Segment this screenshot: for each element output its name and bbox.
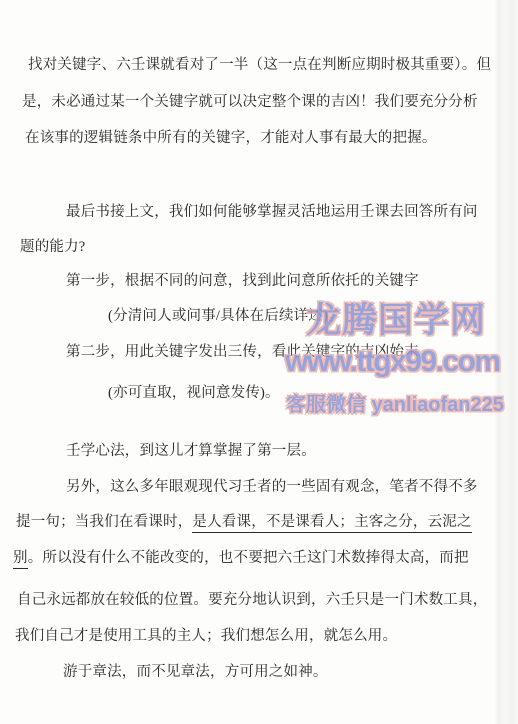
text-line: 游于章法，而不见章法，方可用之如神。 [63,662,328,682]
text-line: 我们自己才是使用工具的主人；我们想怎么用，就怎么用。 [15,626,397,646]
text-line: 在该事的逻辑链条中所有的关键字，才能对人事有最大的把握。 [25,128,437,148]
text-segment: 提一句；当我们在看课时， [16,514,192,530]
text-line: 第一步，根据不同的问意，找到此问意所依托的关键字 [66,271,419,291]
watermark-site-name: 龙腾国学网 [306,293,486,343]
scanned-document-page: 找对关键字、六壬课就看对了一半（这一点在判断应期时极其重要）。但 是，未必通过某… [0,0,518,724]
text-line: 是，未必通过某一个关键字就可以决定整个课的吉凶！我们要充分分析 [22,92,478,112]
text-line: 别。所以没有什么不能改变的，也不要把六壬这门术数捧得太高，而把 [13,548,469,568]
text-segment: 。所以没有什么不能改变的，也不要把六壬这门术数捧得太高，而把 [28,550,469,566]
underlined-text: 别 [13,550,28,569]
text-line: 壬学心法，到这儿才算掌握了第一层。 [66,441,316,461]
text-line: 题的能力? [20,237,85,257]
text-line: 提一句；当我们在看课时，是人看课，不是课看人；主客之分，云泥之 [16,512,472,532]
underlined-text: 是人看课，不是课看人；主客之分，云泥之 [192,514,471,533]
text-line: 找对关键字、六壬课就看对了一半（这一点在判断应期时极其重要）。但 [28,55,491,75]
text-line: 自己永远都放在较低的位置。要充分地认识到，六壬只是一门术数工具， [17,590,487,610]
watermark-wechat-contact: 客服微信 yanliaofan225 [286,388,504,417]
text-line: (亦可直取，视问意发传)。 [108,383,280,403]
text-line: 另外，这么多年眼观现代习壬者的一些固有观念，笔者不得不多 [66,477,478,497]
text-line: 最后书接上文，我们如何能够掌握灵活地运用壬课去回答所有问 [66,202,478,222]
watermark-url: www.ttgx99.com [285,345,500,379]
